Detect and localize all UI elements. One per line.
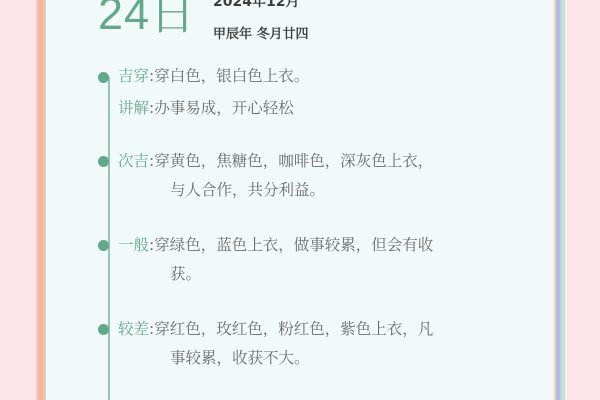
timeline-dot-icon xyxy=(98,156,109,167)
entry-explanation: 讲解:办事易成，开心轻松 xyxy=(118,94,538,123)
timeline-dot-icon xyxy=(98,324,109,335)
entry-label: 较差 xyxy=(118,320,149,338)
year-month: 2024年12月 xyxy=(213,0,299,11)
entry-text-continued: 获。 xyxy=(118,260,538,289)
entry-poor: 较差:穿红色，玫红色，粉红色，紫色上衣，凡 事较累，收获不大。 xyxy=(118,315,538,373)
rainbow-border-right xyxy=(553,0,567,400)
entry-text: 穿黄色，焦糖色，咖啡色，深灰色上衣， xyxy=(154,152,433,170)
day-number: 24日 xyxy=(98,0,196,44)
entry-text: 穿绿色，蓝色上衣，做事较累，但会有收 xyxy=(154,236,433,254)
entry-label: 讲解 xyxy=(118,99,149,117)
entry-label: 次吉 xyxy=(118,152,149,170)
entry-text: 穿红色，玫红色，粉红色，紫色上衣，凡 xyxy=(154,320,433,338)
rainbow-border-left xyxy=(36,0,46,400)
entry-label: 一般 xyxy=(118,236,149,254)
card-body: 24日 2024年12月 甲辰年 冬月廿四 吉穿:穿白色，银白色上衣。 讲解:办… xyxy=(46,0,553,400)
entry-lucky-wear: 吉穿:穿白色，银白色上衣。 xyxy=(118,62,538,91)
calendar-card: 24日 2024年12月 甲辰年 冬月廿四 吉穿:穿白色，银白色上衣。 讲解:办… xyxy=(36,0,567,400)
timeline-dot-icon xyxy=(98,240,109,251)
timeline-dot-icon xyxy=(98,72,109,83)
entry-text-continued: 事较累，收获不大。 xyxy=(118,344,538,373)
entry-average: 一般:穿绿色，蓝色上衣，做事较累，但会有收 获。 xyxy=(118,231,538,289)
lunar-date: 甲辰年 冬月廿四 xyxy=(213,26,309,44)
entry-text-continued: 与人合作，共分利益。 xyxy=(118,176,538,205)
entry-label: 吉穿 xyxy=(118,67,149,85)
entry-second-lucky: 次吉:穿黄色，焦糖色，咖啡色，深灰色上衣， 与人合作，共分利益。 xyxy=(118,147,538,205)
entry-text: 办事易成，开心轻松 xyxy=(154,99,294,117)
timeline-line xyxy=(108,77,110,400)
entry-text: 穿白色，银白色上衣。 xyxy=(154,67,309,85)
